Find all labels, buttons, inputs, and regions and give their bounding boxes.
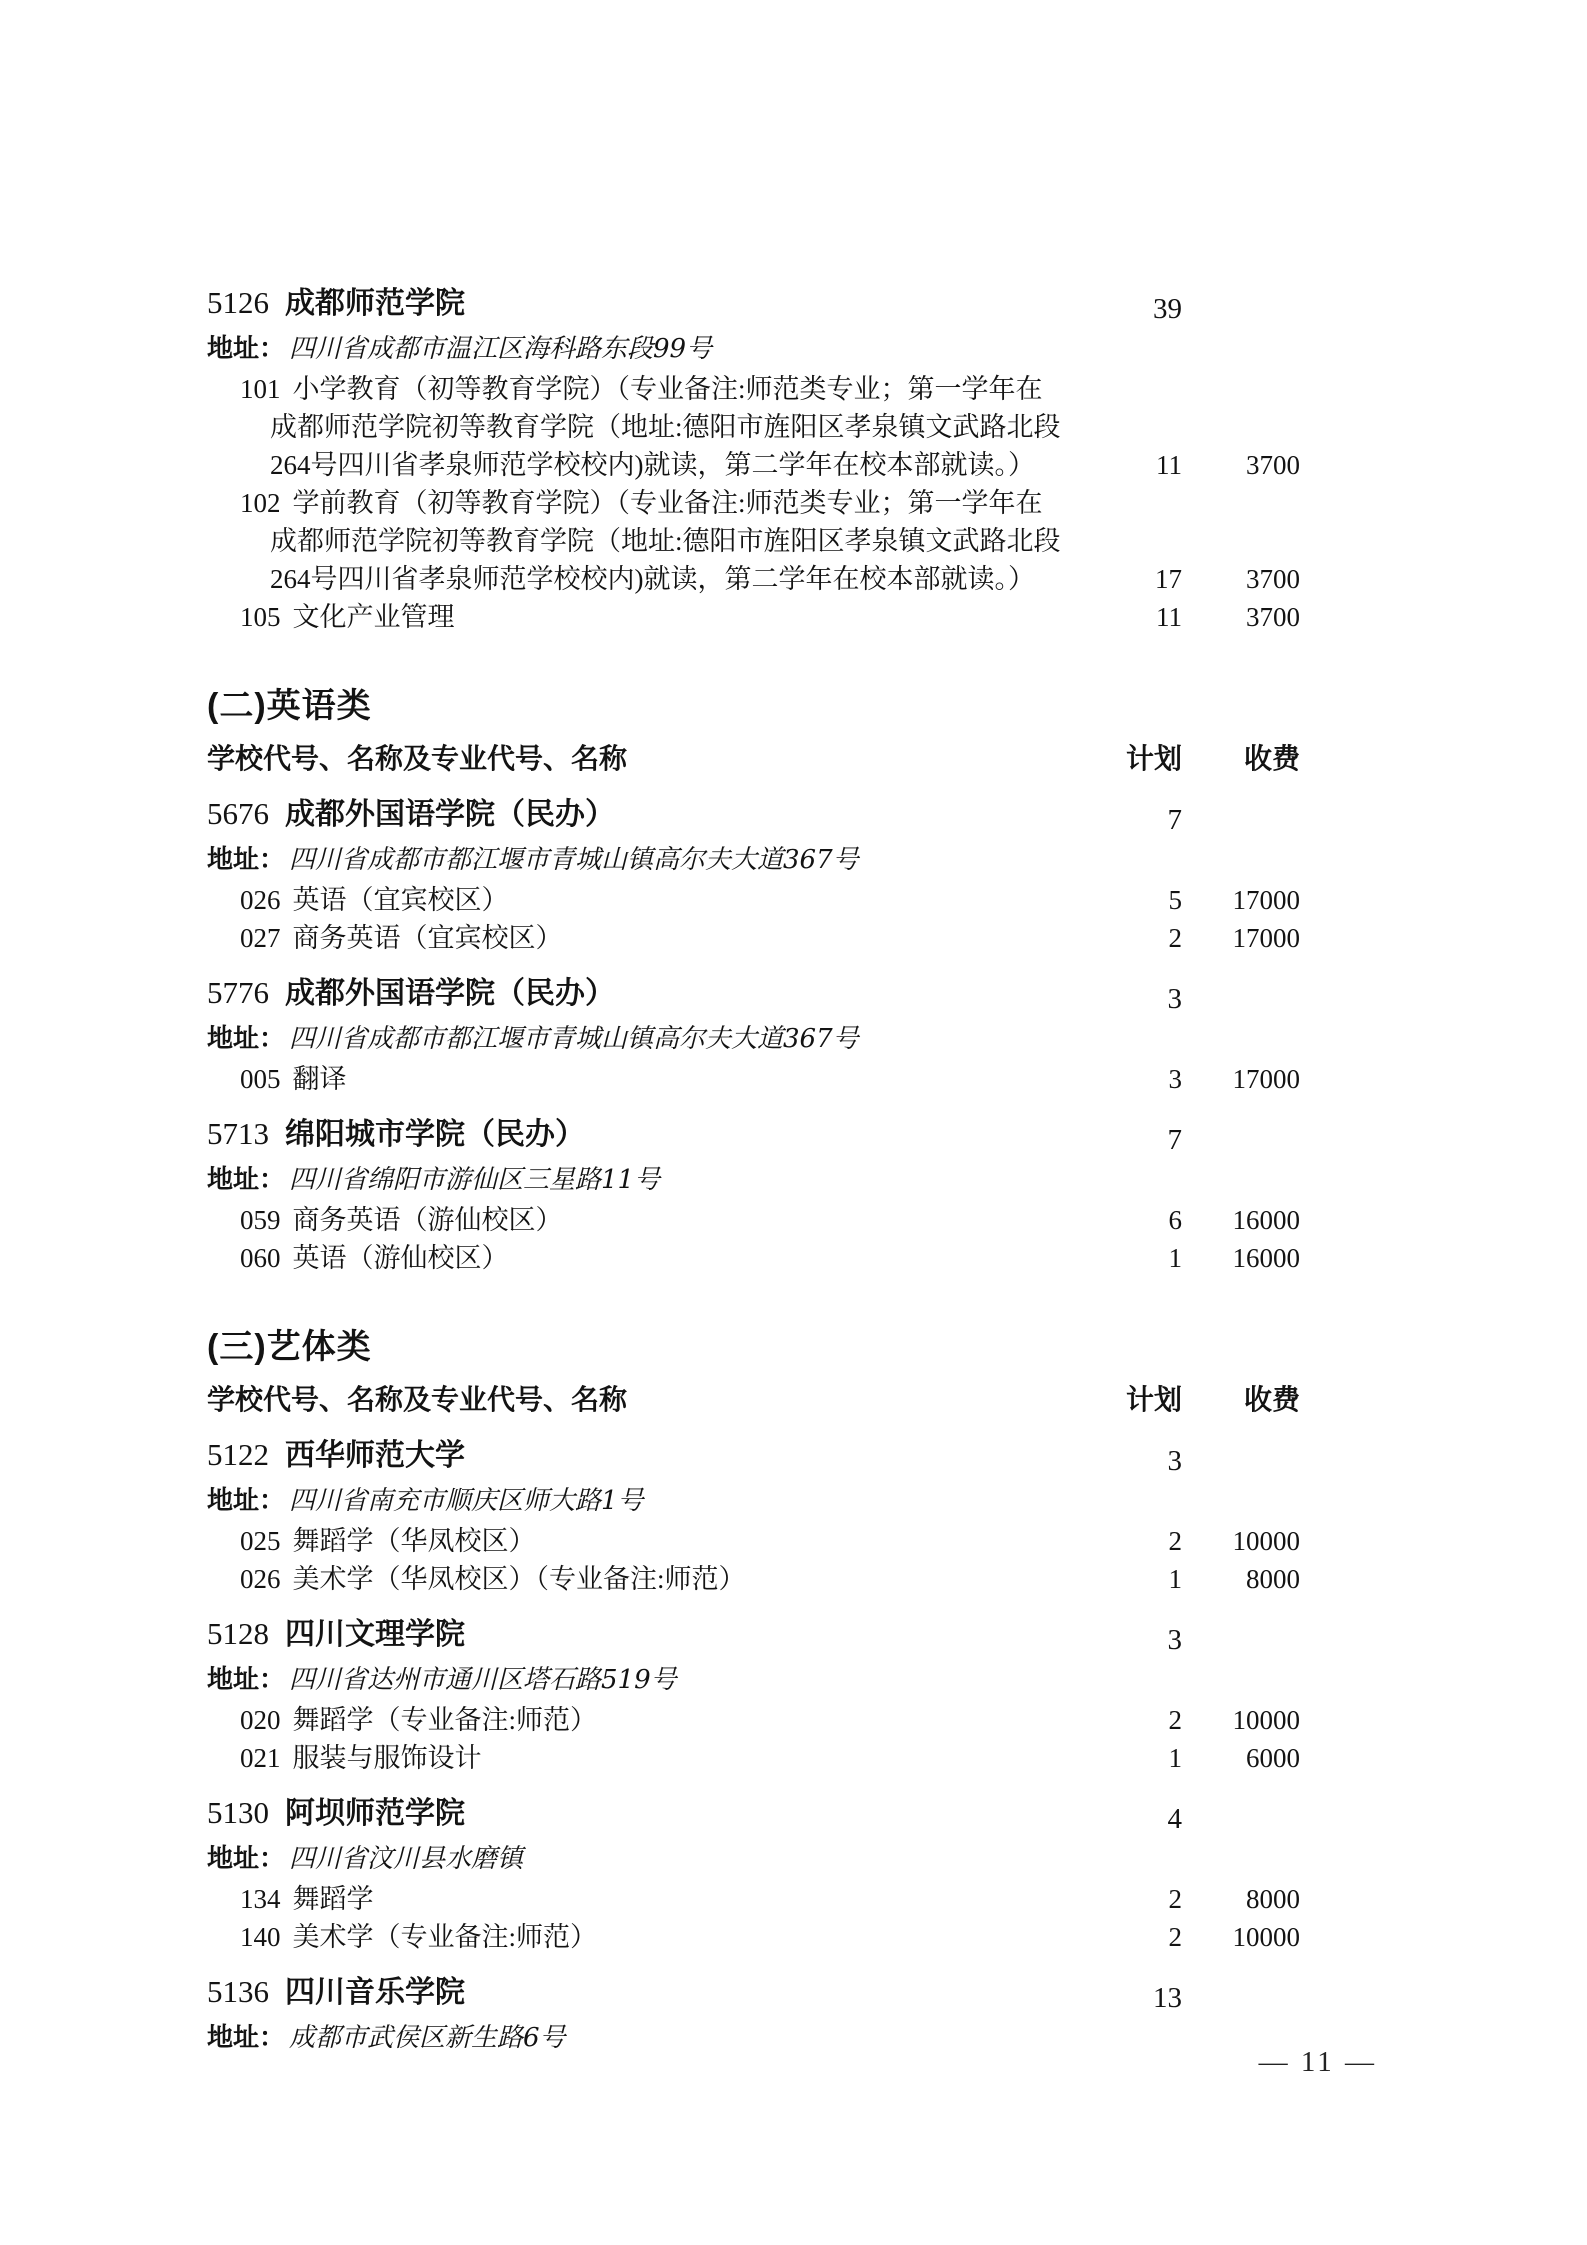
program-row: 140美术学（专业备注:师范） 2 10000 <box>207 1918 1300 1956</box>
school-block: 5776成都外国语学院（民办） 3 地址：四川省成都市都江堰市青城山镇高尔夫大道… <box>207 973 1300 1098</box>
program-text: 134舞蹈学 <box>207 1880 1092 1918</box>
address-label: 地址： <box>207 844 285 874</box>
page-content: 5126成都师范学院 39 地址：四川省成都市温江区海科路东段99号 101小学… <box>207 283 1300 2059</box>
plan-value: 2 <box>1092 919 1182 957</box>
school-row: 5713绵阳城市学院（民办） 7 <box>207 1114 1300 1160</box>
program-name: 美术学（华凤校区）（专业备注:师范） <box>293 1564 746 1594</box>
plan-value: 1 <box>1092 1239 1182 1277</box>
section: (三)艺体类 学校代号、名称及专业代号、名称 计划 收费 5122西华师范大学 … <box>207 1325 1300 2059</box>
program-row: 105文化产业管理 11 3700 <box>207 598 1300 636</box>
fee-value: 10000 <box>1182 1522 1300 1560</box>
address-text: 四川省达州市通川区塔石路519号 <box>289 1665 677 1695</box>
address-label: 地址： <box>207 1664 285 1694</box>
program-text: 060英语（游仙校区） <box>207 1239 1092 1277</box>
program-code: 140 <box>240 1922 281 1952</box>
program-text: 020舞蹈学（专业备注:师范） <box>207 1701 1092 1739</box>
program-row: 020舞蹈学（专业备注:师范） 2 10000 <box>207 1701 1300 1739</box>
school-title: 5128四川文理学院 <box>207 1614 1092 1660</box>
program-name: 英语（宜宾校区） <box>293 885 509 915</box>
school-title: 5676成都外国语学院（民办） <box>207 794 1092 840</box>
school-row: 5776成都外国语学院（民办） 3 <box>207 973 1300 1019</box>
program-row: 026美术学（华凤校区）（专业备注:师范） 1 8000 <box>207 1560 1300 1598</box>
school-name: 阿坝师范学院 <box>285 1797 465 1830</box>
program-name: 服装与服饰设计 <box>293 1743 482 1773</box>
program-name: 学前教育（初等教育学院）（专业备注:师范类专业；第一学年在成都师范学院初等教育学… <box>270 488 1061 594</box>
program-name: 商务英语（宜宾校区） <box>293 923 563 953</box>
plan-value: 3 <box>1092 1620 1182 1660</box>
plan-value: 17 <box>1092 560 1182 598</box>
program-row: 026英语（宜宾校区） 5 17000 <box>207 881 1300 919</box>
plan-value: 2 <box>1092 1522 1182 1560</box>
program-code: 101 <box>240 374 281 404</box>
program-code: 026 <box>240 885 281 915</box>
school-row: 5126成都师范学院 39 <box>207 283 1300 329</box>
school-code: 5130 <box>207 1795 269 1830</box>
program-code: 026 <box>240 1564 281 1594</box>
plan-value: 2 <box>1092 1918 1182 1956</box>
program-text: 140美术学（专业备注:师范） <box>207 1918 1092 1956</box>
school-block: 5126成都师范学院 39 地址：四川省成都市温江区海科路东段99号 101小学… <box>207 283 1300 636</box>
column-plan-label: 计划 <box>1092 1381 1182 1419</box>
school-row: 5136四川音乐学院 13 <box>207 1972 1300 2018</box>
school-row: 5676成都外国语学院（民办） 7 <box>207 794 1300 840</box>
program-row: 025舞蹈学（华凤校区） 2 10000 <box>207 1522 1300 1560</box>
school-code: 5713 <box>207 1116 269 1151</box>
program-code: 134 <box>240 1884 281 1914</box>
school-row: 5122西华师范大学 3 <box>207 1435 1300 1481</box>
program-code: 102 <box>240 488 281 518</box>
school-code: 5126 <box>207 285 269 320</box>
program-name: 英语（游仙校区） <box>293 1243 509 1273</box>
address-row: 地址：四川省达州市通川区塔石路519号 <box>207 1662 1300 1701</box>
school-code: 5122 <box>207 1437 269 1472</box>
plan-value: 7 <box>1092 800 1182 840</box>
address-label: 地址： <box>207 1843 285 1873</box>
plan-value: 39 <box>1092 289 1182 329</box>
fee-value: 16000 <box>1182 1239 1300 1277</box>
fee-value: 10000 <box>1182 1701 1300 1739</box>
section-heading: (二)英语类 <box>207 684 1300 728</box>
school-title: 5713绵阳城市学院（民办） <box>207 1114 1092 1160</box>
program-row: 059商务英语（游仙校区） 6 16000 <box>207 1201 1300 1239</box>
school-code: 5776 <box>207 975 269 1010</box>
program-code: 027 <box>240 923 281 953</box>
school-name: 成都外国语学院（民办） <box>285 798 615 831</box>
plan-value: 2 <box>1092 1701 1182 1739</box>
address-text: 四川省成都市温江区海科路东段99号 <box>289 334 712 364</box>
address-row: 地址：四川省汶川县水磨镇 <box>207 1841 1300 1880</box>
school-block: 5128四川文理学院 3 地址：四川省达州市通川区塔石路519号 020舞蹈学（… <box>207 1614 1300 1777</box>
program-code: 025 <box>240 1526 281 1556</box>
school-block: 5122西华师范大学 3 地址：四川省南充市顺庆区师大路1号 025舞蹈学（华凤… <box>207 1435 1300 1598</box>
fee-value: 8000 <box>1182 1880 1300 1918</box>
address-label: 地址： <box>207 2022 285 2052</box>
program-name: 翻译 <box>293 1064 347 1094</box>
school-code: 5676 <box>207 796 269 831</box>
plan-value: 11 <box>1092 598 1182 636</box>
document-page: 5126成都师范学院 39 地址：四川省成都市温江区海科路东段99号 101小学… <box>0 0 1587 2245</box>
column-name-label: 学校代号、名称及专业代号、名称 <box>207 740 1092 778</box>
program-row: 134舞蹈学 2 8000 <box>207 1880 1300 1918</box>
program-text: 027商务英语（宜宾校区） <box>207 919 1092 957</box>
fee-value: 3700 <box>1182 598 1300 636</box>
school-title: 5122西华师范大学 <box>207 1435 1092 1481</box>
program-name: 美术学（专业备注:师范） <box>293 1922 598 1952</box>
address-row: 地址：成都市武侯区新生路6号 <box>207 2020 1300 2059</box>
program-code: 060 <box>240 1243 281 1273</box>
plan-value: 3 <box>1092 1441 1182 1481</box>
address-text: 四川省成都市都江堰市青城山镇高尔夫大道367号 <box>289 1024 859 1054</box>
program-name: 商务英语（游仙校区） <box>293 1205 563 1235</box>
plan-value: 11 <box>1092 446 1182 484</box>
address-text: 四川省成都市都江堰市青城山镇高尔夫大道367号 <box>289 845 859 875</box>
address-text: 四川省南充市顺庆区师大路1号 <box>289 1486 644 1516</box>
fee-value: 17000 <box>1182 881 1300 919</box>
school-name: 四川音乐学院 <box>285 1976 465 2009</box>
address-text: 四川省汶川县水磨镇 <box>289 1844 523 1874</box>
program-text: 101小学教育（初等教育学院）（专业备注:师范类专业；第一学年在成都师范学院初等… <box>207 370 1092 484</box>
fee-value: 3700 <box>1182 560 1300 598</box>
section: 5126成都师范学院 39 地址：四川省成都市温江区海科路东段99号 101小学… <box>207 283 1300 636</box>
plan-value: 6 <box>1092 1201 1182 1239</box>
school-title: 5130阿坝师范学院 <box>207 1793 1092 1839</box>
plan-value: 3 <box>1092 1060 1182 1098</box>
program-row: 027商务英语（宜宾校区） 2 17000 <box>207 919 1300 957</box>
program-text: 025舞蹈学（华凤校区） <box>207 1522 1092 1560</box>
program-text: 105文化产业管理 <box>207 598 1092 636</box>
address-label: 地址： <box>207 1023 285 1053</box>
program-text: 005翻译 <box>207 1060 1092 1098</box>
plan-value: 1 <box>1092 1560 1182 1598</box>
program-code: 020 <box>240 1705 281 1735</box>
address-label: 地址： <box>207 1164 285 1194</box>
school-row: 5128四川文理学院 3 <box>207 1614 1300 1660</box>
address-text: 四川省绵阳市游仙区三星路11号 <box>289 1165 660 1195</box>
school-block: 5676成都外国语学院（民办） 7 地址：四川省成都市都江堰市青城山镇高尔夫大道… <box>207 794 1300 957</box>
address-row: 地址：四川省成都市都江堰市青城山镇高尔夫大道367号 <box>207 1021 1300 1060</box>
address-row: 地址：四川省成都市温江区海科路东段99号 <box>207 331 1300 370</box>
plan-value: 7 <box>1092 1120 1182 1160</box>
school-title: 5136四川音乐学院 <box>207 1972 1092 2018</box>
program-name: 小学教育（初等教育学院）（专业备注:师范类专业；第一学年在成都师范学院初等教育学… <box>270 374 1061 480</box>
program-row: 005翻译 3 17000 <box>207 1060 1300 1098</box>
column-name-label: 学校代号、名称及专业代号、名称 <box>207 1381 1092 1419</box>
program-row: 102学前教育（初等教育学院）（专业备注:师范类专业；第一学年在成都师范学院初等… <box>207 484 1300 598</box>
program-name: 文化产业管理 <box>293 602 455 632</box>
school-block: 5130阿坝师范学院 4 地址：四川省汶川县水磨镇 134舞蹈学 2 8000 <box>207 1793 1300 1956</box>
section-heading: (三)艺体类 <box>207 1325 1300 1369</box>
school-name: 成都师范学院 <box>285 287 465 320</box>
school-title: 5126成都师范学院 <box>207 283 1092 329</box>
address-row: 地址：四川省南充市顺庆区师大路1号 <box>207 1483 1300 1522</box>
school-name: 四川文理学院 <box>285 1618 465 1651</box>
column-header: 学校代号、名称及专业代号、名称 计划 收费 <box>207 1381 1300 1419</box>
school-title: 5776成都外国语学院（民办） <box>207 973 1092 1019</box>
school-row: 5130阿坝师范学院 4 <box>207 1793 1300 1839</box>
section: (二)英语类 学校代号、名称及专业代号、名称 计划 收费 5676成都外国语学院… <box>207 684 1300 1277</box>
program-row: 101小学教育（初等教育学院）（专业备注:师范类专业；第一学年在成都师范学院初等… <box>207 370 1300 484</box>
address-text: 成都市武侯区新生路6号 <box>289 2023 566 2053</box>
fee-value: 16000 <box>1182 1201 1300 1239</box>
program-name: 舞蹈学（华凤校区） <box>293 1526 536 1556</box>
plan-value: 4 <box>1092 1799 1182 1839</box>
program-text: 059商务英语（游仙校区） <box>207 1201 1092 1239</box>
program-row: 060英语（游仙校区） 1 16000 <box>207 1239 1300 1277</box>
program-row: 021服装与服饰设计 1 6000 <box>207 1739 1300 1777</box>
fee-value: 8000 <box>1182 1560 1300 1598</box>
program-name: 舞蹈学（专业备注:师范） <box>293 1705 598 1735</box>
column-plan-label: 计划 <box>1092 740 1182 778</box>
fee-value: 17000 <box>1182 919 1300 957</box>
school-block: 5713绵阳城市学院（民办） 7 地址：四川省绵阳市游仙区三星路11号 059商… <box>207 1114 1300 1277</box>
fee-value: 10000 <box>1182 1918 1300 1956</box>
plan-value: 13 <box>1092 1978 1182 2018</box>
school-code: 5136 <box>207 1974 269 2009</box>
plan-value: 3 <box>1092 979 1182 1019</box>
column-header: 学校代号、名称及专业代号、名称 计划 收费 <box>207 740 1300 778</box>
column-fee-label: 收费 <box>1182 740 1300 778</box>
program-code: 021 <box>240 1743 281 1773</box>
plan-value: 1 <box>1092 1739 1182 1777</box>
fee-value: 17000 <box>1182 1060 1300 1098</box>
fee-value: 6000 <box>1182 1739 1300 1777</box>
address-row: 地址：四川省绵阳市游仙区三星路11号 <box>207 1162 1300 1201</box>
program-text: 026美术学（华凤校区）（专业备注:师范） <box>207 1560 1092 1598</box>
school-name: 绵阳城市学院（民办） <box>285 1118 585 1151</box>
address-row: 地址：四川省成都市都江堰市青城山镇高尔夫大道367号 <box>207 842 1300 881</box>
address-label: 地址： <box>207 333 285 363</box>
program-name: 舞蹈学 <box>293 1884 374 1914</box>
school-name: 成都外国语学院（民办） <box>285 977 615 1010</box>
school-code: 5128 <box>207 1616 269 1651</box>
program-code: 059 <box>240 1205 281 1235</box>
school-name: 西华师范大学 <box>285 1439 465 1472</box>
program-code: 005 <box>240 1064 281 1094</box>
program-text: 021服装与服饰设计 <box>207 1739 1092 1777</box>
program-code: 105 <box>240 602 281 632</box>
plan-value: 5 <box>1092 881 1182 919</box>
plan-value: 2 <box>1092 1880 1182 1918</box>
fee-value: 3700 <box>1182 446 1300 484</box>
program-text: 102学前教育（初等教育学院）（专业备注:师范类专业；第一学年在成都师范学院初等… <box>207 484 1092 598</box>
page-footer: — 11 — <box>1259 2046 1377 2079</box>
program-text: 026英语（宜宾校区） <box>207 881 1092 919</box>
address-label: 地址： <box>207 1485 285 1515</box>
column-fee-label: 收费 <box>1182 1381 1300 1419</box>
school-block: 5136四川音乐学院 13 地址：成都市武侯区新生路6号 <box>207 1972 1300 2059</box>
